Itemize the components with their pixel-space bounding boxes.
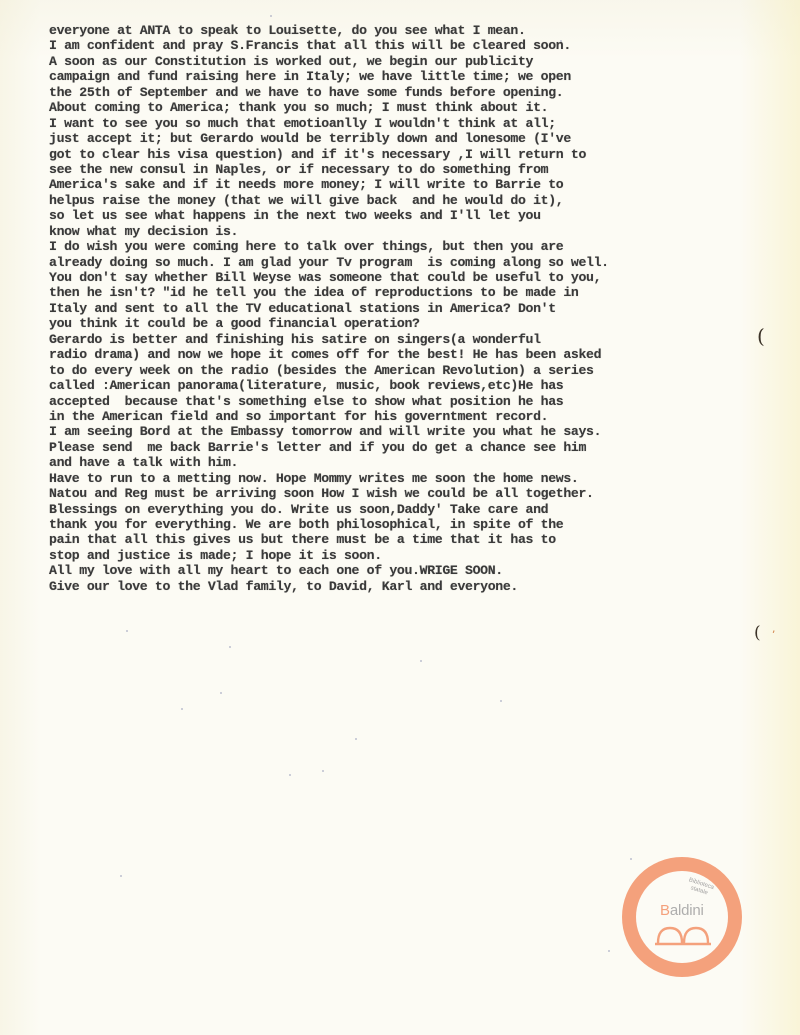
letter-line: pain that all this gives us but there mu… — [49, 532, 769, 547]
margin-bracket-mark: ( — [754, 623, 761, 643]
paper-speck — [220, 692, 222, 694]
letter-line: you think it could be a good financial o… — [49, 316, 769, 331]
letter-line: radio drama) and now we hope it comes of… — [49, 347, 769, 362]
open-book-icon — [654, 925, 712, 947]
paper-speck — [560, 40, 562, 42]
stamp-library-name: Baldini — [660, 902, 704, 919]
stamp-small-text: Biblioteca statale — [679, 875, 721, 901]
letter-line: to do every week on the radio (besides t… — [49, 363, 769, 378]
letter-line: know what my decision is. — [49, 224, 769, 239]
letter-line: just accept it; but Gerardo would be ter… — [49, 131, 769, 146]
letter-line: Please send me back Barrie's letter and … — [49, 440, 769, 455]
library-stamp: Biblioteca statale Baldini — [622, 857, 742, 977]
paper-speck — [322, 770, 324, 772]
letter-line: I do wish you were coming here to talk o… — [49, 239, 769, 254]
paper-speck — [630, 858, 632, 860]
letter-line: so let us see what happens in the next t… — [49, 208, 769, 223]
letter-line: Give our love to the Vlad family, to Dav… — [49, 579, 769, 594]
letter-line: I am seeing Bord at the Embassy tomorrow… — [49, 424, 769, 439]
letter-line: Natou and Reg must be arriving soon How … — [49, 486, 769, 501]
margin-bracket-mark: ( — [757, 326, 765, 346]
paper-speck — [126, 630, 128, 632]
letter-line: then he isn't? "id he tell you the idea … — [49, 285, 769, 300]
letter-line: America's sake and if it needs more mone… — [49, 177, 769, 192]
stamp-name-initial: B — [660, 902, 670, 919]
letter-line: see the new consul in Naples, or if nece… — [49, 162, 769, 177]
letter-line: I am confident and pray S.Francis that a… — [49, 38, 769, 53]
letter-line: A soon as our Constitution is worked out… — [49, 54, 769, 69]
letter-line: in the American field and so important f… — [49, 409, 769, 424]
stamp-name-rest: aldini — [670, 902, 704, 919]
letter-line: Italy and sent to all the TV educational… — [49, 301, 769, 316]
paper-speck — [355, 738, 357, 740]
paper-speck — [289, 774, 291, 776]
letter-line: called :American panorama(literature, mu… — [49, 378, 769, 393]
paper-speck — [420, 660, 422, 662]
paper-speck — [181, 708, 183, 710]
letter-line: got to clear his visa question) and if i… — [49, 147, 769, 162]
paper-speck — [229, 646, 231, 648]
letter-line: already doing so much. I am glad your Tv… — [49, 255, 769, 270]
margin-tick-mark: ’ — [772, 626, 775, 646]
letter-line: and have a talk with him. — [49, 455, 769, 470]
letter-line: I want to see you so much that emotioanl… — [49, 116, 769, 131]
scanned-page: everyone at ANTA to speak to Louisette, … — [0, 0, 800, 1035]
paper-speck — [120, 875, 122, 877]
paper-speck — [500, 700, 502, 702]
letter-line: About coming to America; thank you so mu… — [49, 100, 769, 115]
letter-line: the 25th of September and we have to hav… — [49, 85, 769, 100]
paper-speck — [270, 15, 272, 17]
letter-line: You don't say whether Bill Weyse was som… — [49, 270, 769, 285]
letter-line: thank you for everything. We are both ph… — [49, 517, 769, 532]
letter-line: accepted because that's something else t… — [49, 394, 769, 409]
letter-line: Gerardo is better and finishing his sati… — [49, 332, 769, 347]
letter-line: everyone at ANTA to speak to Louisette, … — [49, 23, 769, 38]
letter-body: everyone at ANTA to speak to Louisette, … — [49, 23, 769, 594]
letter-line: Blessings on everything you do. Write us… — [49, 502, 769, 517]
stamp-inner-circle: Biblioteca statale Baldini — [636, 871, 728, 963]
letter-line: stop and justice is made; I hope it is s… — [49, 548, 769, 563]
letter-line: All my love with all my heart to each on… — [49, 563, 769, 578]
letter-line: Have to run to a metting now. Hope Mommy… — [49, 471, 769, 486]
letter-line: campaign and fund raising here in Italy;… — [49, 69, 769, 84]
paper-speck — [608, 950, 610, 952]
letter-line: helpus raise the money (that we will giv… — [49, 193, 769, 208]
